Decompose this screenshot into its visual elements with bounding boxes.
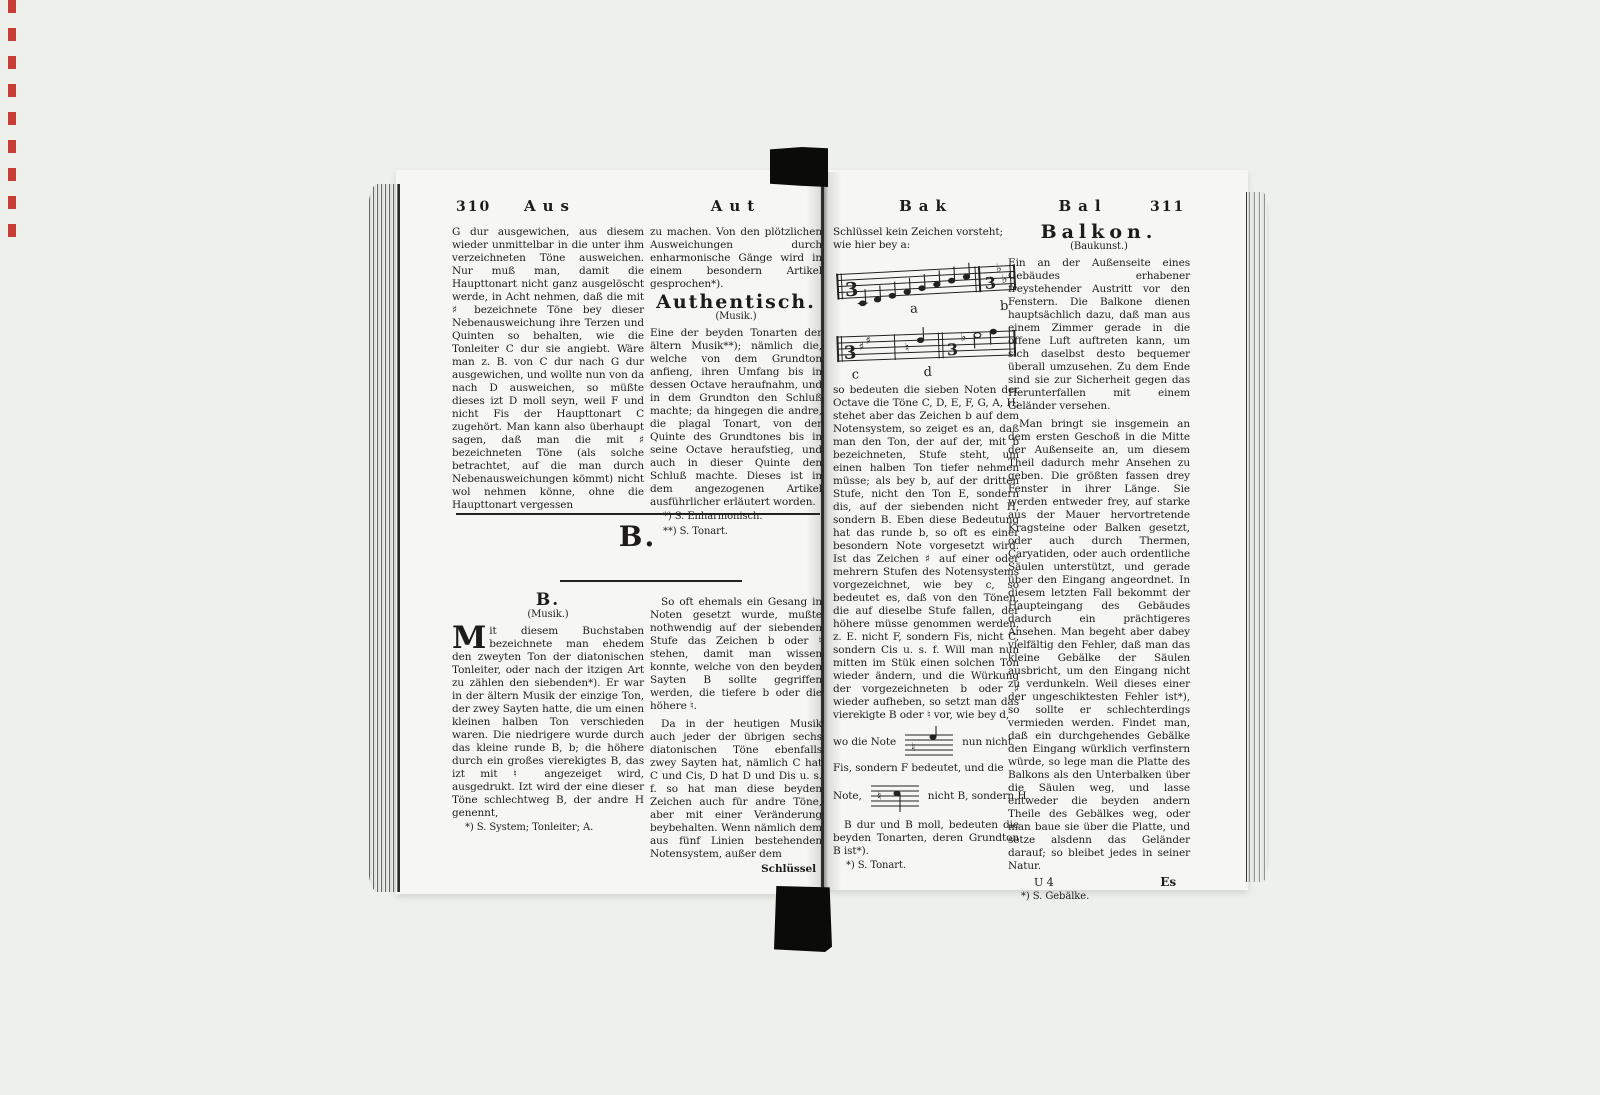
left-column-1: G dur ausgewichen, aus diesem wieder unm… [452, 226, 644, 512]
article-b-para-sooft: So oft ehemals ein Gesang in Noten geset… [650, 596, 822, 713]
page-edge-right [1246, 192, 1269, 882]
right-column-1: Schlüssel kein Zeichen vorsteht; wie hie… [833, 226, 1019, 873]
page-number-right: 311 [1150, 199, 1185, 215]
dropcap-m: M [452, 626, 486, 651]
bookmark-top [770, 147, 828, 187]
article-b-para-heutige: Da in der heutigen Musik auch jeder der … [650, 718, 822, 861]
staff-label-a: a [910, 301, 919, 316]
staff-label-c: c [851, 367, 859, 382]
right-column-2: Balkon. (Baukunst.) Ein an der Außenseit… [1008, 226, 1190, 904]
natural-sign: ♮ [905, 341, 910, 355]
music-staff-example-cd: 3 ♯ ♯ ♮ 3 ♭ c d [832, 321, 1020, 385]
music-staff-example-ab: 3 3 ♭ ♭ a b [831, 251, 1020, 325]
running-head-right-col1: Bak [833, 197, 1019, 215]
catchword-es: Es [1160, 876, 1176, 889]
footnote-gebaelke: *) S. Gebälke. [1008, 891, 1190, 904]
inline-text: Note, [833, 790, 862, 803]
book-scan: 310 Aus Aut G dur ausgewichen, aus diese… [0, 0, 1600, 1095]
bass-clef-glyph-2: 3 [947, 340, 959, 359]
natural-sign: ♮ [911, 740, 915, 754]
article-b-body-accidentals: so bedeuten die sieben Noten der Octave … [833, 384, 1019, 722]
article-title-balkon: Balkon. [1008, 226, 1190, 239]
inline-music-fragment-h: ♮ [869, 778, 921, 814]
running-head-right-col2: Bal [1008, 197, 1158, 215]
bass-clef-glyph: 3 [844, 342, 857, 363]
running-head-left-col2: Aut [648, 197, 824, 215]
article-b-intro-schluessel: Schlüssel kein Zeichen vorsteht; wie hie… [833, 226, 1019, 252]
sharp-sign: ♯ [865, 334, 871, 347]
article-balkon-para1: Ein an der Außenseite eines Gebäudes erh… [1008, 257, 1190, 413]
article-authentisch-body: Eine der beyden Tonarten der ältern Musi… [650, 327, 822, 509]
article-aus-ending: zu machen. Von den plötzlichen Ausweichu… [650, 226, 822, 291]
section-rule-bottom [560, 580, 742, 582]
inline-music-line-2: Note, ♮ nicht B, sondern H. [833, 778, 1019, 814]
running-head-left-col1: Aus [452, 197, 648, 215]
red-registration-marks [8, 0, 16, 238]
catchword-schluessel: Schlüssel [650, 863, 822, 876]
left-column-2-b: So oft ehemals ein Gesang in Noten geset… [650, 596, 822, 876]
inline-text: wo die Note [833, 736, 896, 749]
left-column-1-b: B. (Musik.) Mit diesem Buchstaben bezeic… [452, 594, 644, 835]
section-letter-b: B. [455, 520, 820, 553]
flat-sign: ♭ [1001, 272, 1007, 286]
bass-clef-glyph-2: 3 [984, 273, 996, 293]
inline-music-line-1: wo die Note ♮ nun nicht [833, 725, 1019, 759]
inline-music-fragment-f: ♮ [903, 725, 955, 759]
bookmark-bottom [774, 886, 832, 952]
article-title-authentisch: Authentisch. [650, 296, 822, 309]
signature-row: U 4 Es [1008, 873, 1190, 889]
bass-clef-glyph: 3 [844, 279, 858, 302]
quarter-note [990, 329, 997, 345]
article-b-para-bdur: B dur und B moll, bedeuten die beyden To… [833, 819, 1019, 858]
page-edge-left [368, 184, 400, 892]
half-note [974, 333, 981, 349]
gathering-signature: U 4 [1034, 876, 1053, 889]
article-title-b: B. [452, 594, 644, 607]
natural-sign: ♮ [877, 789, 881, 803]
left-column-2: zu machen. Von den plötzlichen Ausweichu… [650, 226, 822, 538]
inline-text: nun nicht [962, 736, 1012, 749]
footnote-tonart-right: *) S. Tonart. [833, 860, 1019, 873]
article-subject-balkon: (Baukunst.) [1008, 240, 1190, 253]
article-b-body: Mit diesem Buchstaben bezeichnete man eh… [452, 625, 644, 820]
staff-label-d: d [923, 365, 932, 380]
article-b-line-fis: Fis, sondern F bedeutet, und die [833, 762, 1019, 775]
article-aus-continuation: G dur ausgewichen, aus diesem wieder unm… [452, 226, 644, 512]
footnote-system-tonleiter: *) S. System; Tonleiter; A. [452, 822, 644, 835]
flat-sign: ♭ [960, 330, 966, 344]
sharp-sign: ♯ [859, 340, 865, 353]
section-rule-top [456, 513, 820, 515]
article-balkon-para2: Man bringt sie insgemein an dem ersten G… [1008, 418, 1190, 873]
note-d [917, 327, 924, 343]
